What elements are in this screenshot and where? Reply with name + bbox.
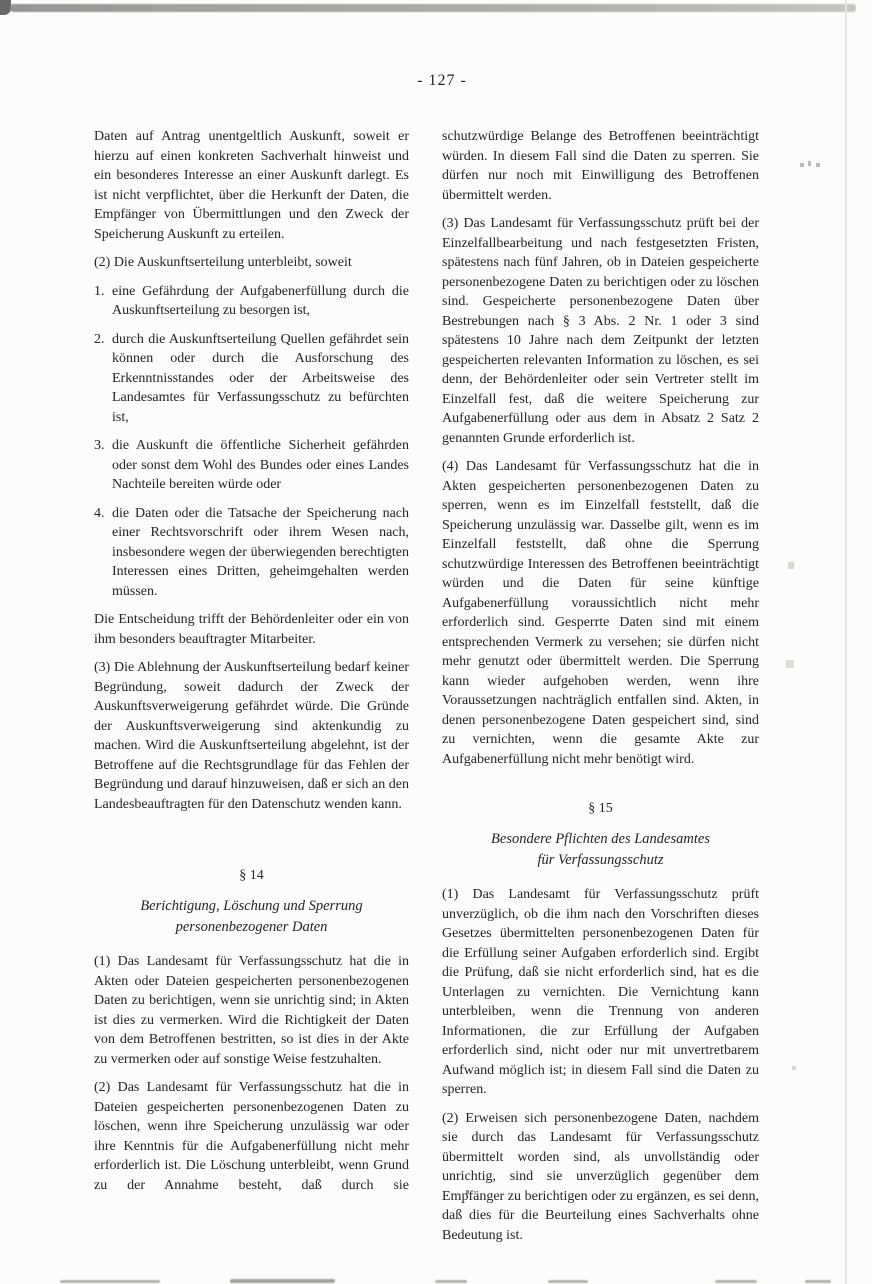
list-number: 2.: [94, 330, 112, 428]
paragraph-15-abs2: (2) Erweisen sich personenbezogene Daten…: [442, 1109, 759, 1246]
scan-streak-top: [10, 4, 856, 12]
paragraph-14-abs3: (3) Das Landesamt für Verfassungsschutz …: [442, 214, 759, 448]
list-number: 1.: [94, 282, 112, 321]
scan-smudge-bottom: [715, 1280, 757, 1283]
paragraph-auskunft-intro: Daten auf Antrag unentgeltlich Auskunft,…: [94, 127, 409, 244]
page-number: - 127 -: [0, 72, 872, 90]
scan-smudge-bottom: [435, 1280, 467, 1283]
scan-paper-edge-line: [845, 0, 847, 1284]
paragraph-14-abs2: (2) Das Landesamt für Verfassungsschutz …: [94, 1078, 409, 1195]
section-title-15: Besondere Pflichten des Landesamtes für …: [442, 829, 759, 871]
scan-speck: [808, 161, 811, 166]
scan-smudge-bottom: [60, 1280, 160, 1283]
list-item-1: 1. eine Gefährdung der Aufgabenerfüllung…: [94, 282, 409, 321]
list-item-4: 4. die Daten oder die Tatsache der Speic…: [94, 504, 409, 602]
paragraph-entscheidung: Die Entscheidung trifft der Behördenleit…: [94, 610, 409, 649]
section-title-14: Berichtigung, Löschung und Sperrung pers…: [94, 896, 409, 938]
paragraph-continuation: schutzwürdige Belange des Betroffenen be…: [442, 127, 759, 205]
column-left: Daten auf Antrag unentgeltlich Auskunft,…: [94, 127, 409, 1195]
list-text: die Auskunft die öffentliche Sicherheit …: [112, 436, 409, 495]
list-text: eine Gefährdung der Aufgabenerfüllung du…: [112, 282, 409, 321]
column-right: schutzwürdige Belange des Betroffenen be…: [442, 127, 759, 1254]
paragraph-15-abs1: (1) Das Landesamt für Verfassungsschutz …: [442, 885, 759, 1100]
list-text: die Daten oder die Tatsache der Speicher…: [112, 504, 409, 602]
section-heading-14: § 14: [94, 866, 409, 885]
scan-speck: [800, 163, 804, 167]
list-item-3: 3. die Auskunft die öffentliche Sicherhe…: [94, 436, 409, 495]
paragraph-14-abs4: (4) Das Landesamt für Verfassungsschutz …: [442, 457, 759, 769]
scan-smudge-bottom: [230, 1279, 335, 1283]
list-number: 4.: [94, 504, 112, 602]
paragraph-14-abs1: (1) Das Landesamt für Verfassungsschutz …: [94, 952, 409, 1069]
scan-smudge-bottom: [805, 1280, 831, 1283]
list-text: durch die Auskunftserteilung Quellen gef…: [112, 330, 409, 428]
scan-speck: [792, 1066, 796, 1070]
scanned-document-page: - 127 - Daten auf Antrag unentgeltlich A…: [0, 0, 872, 1284]
section-heading-15: § 15: [442, 799, 759, 818]
scan-speck: [788, 562, 794, 569]
paragraph-abs2-lead: (2) Die Auskunftserteilung unterbleibt, …: [94, 253, 409, 273]
paragraph-abs3: (3) Die Ablehnung der Auskunftserteilung…: [94, 658, 409, 814]
list-number: 3.: [94, 436, 112, 495]
scan-speck: [816, 163, 820, 167]
scan-smudge-bottom: [548, 1280, 588, 1283]
list-item-2: 2. durch die Auskunftserteilung Quellen …: [94, 330, 409, 428]
scan-speck: [786, 660, 794, 668]
